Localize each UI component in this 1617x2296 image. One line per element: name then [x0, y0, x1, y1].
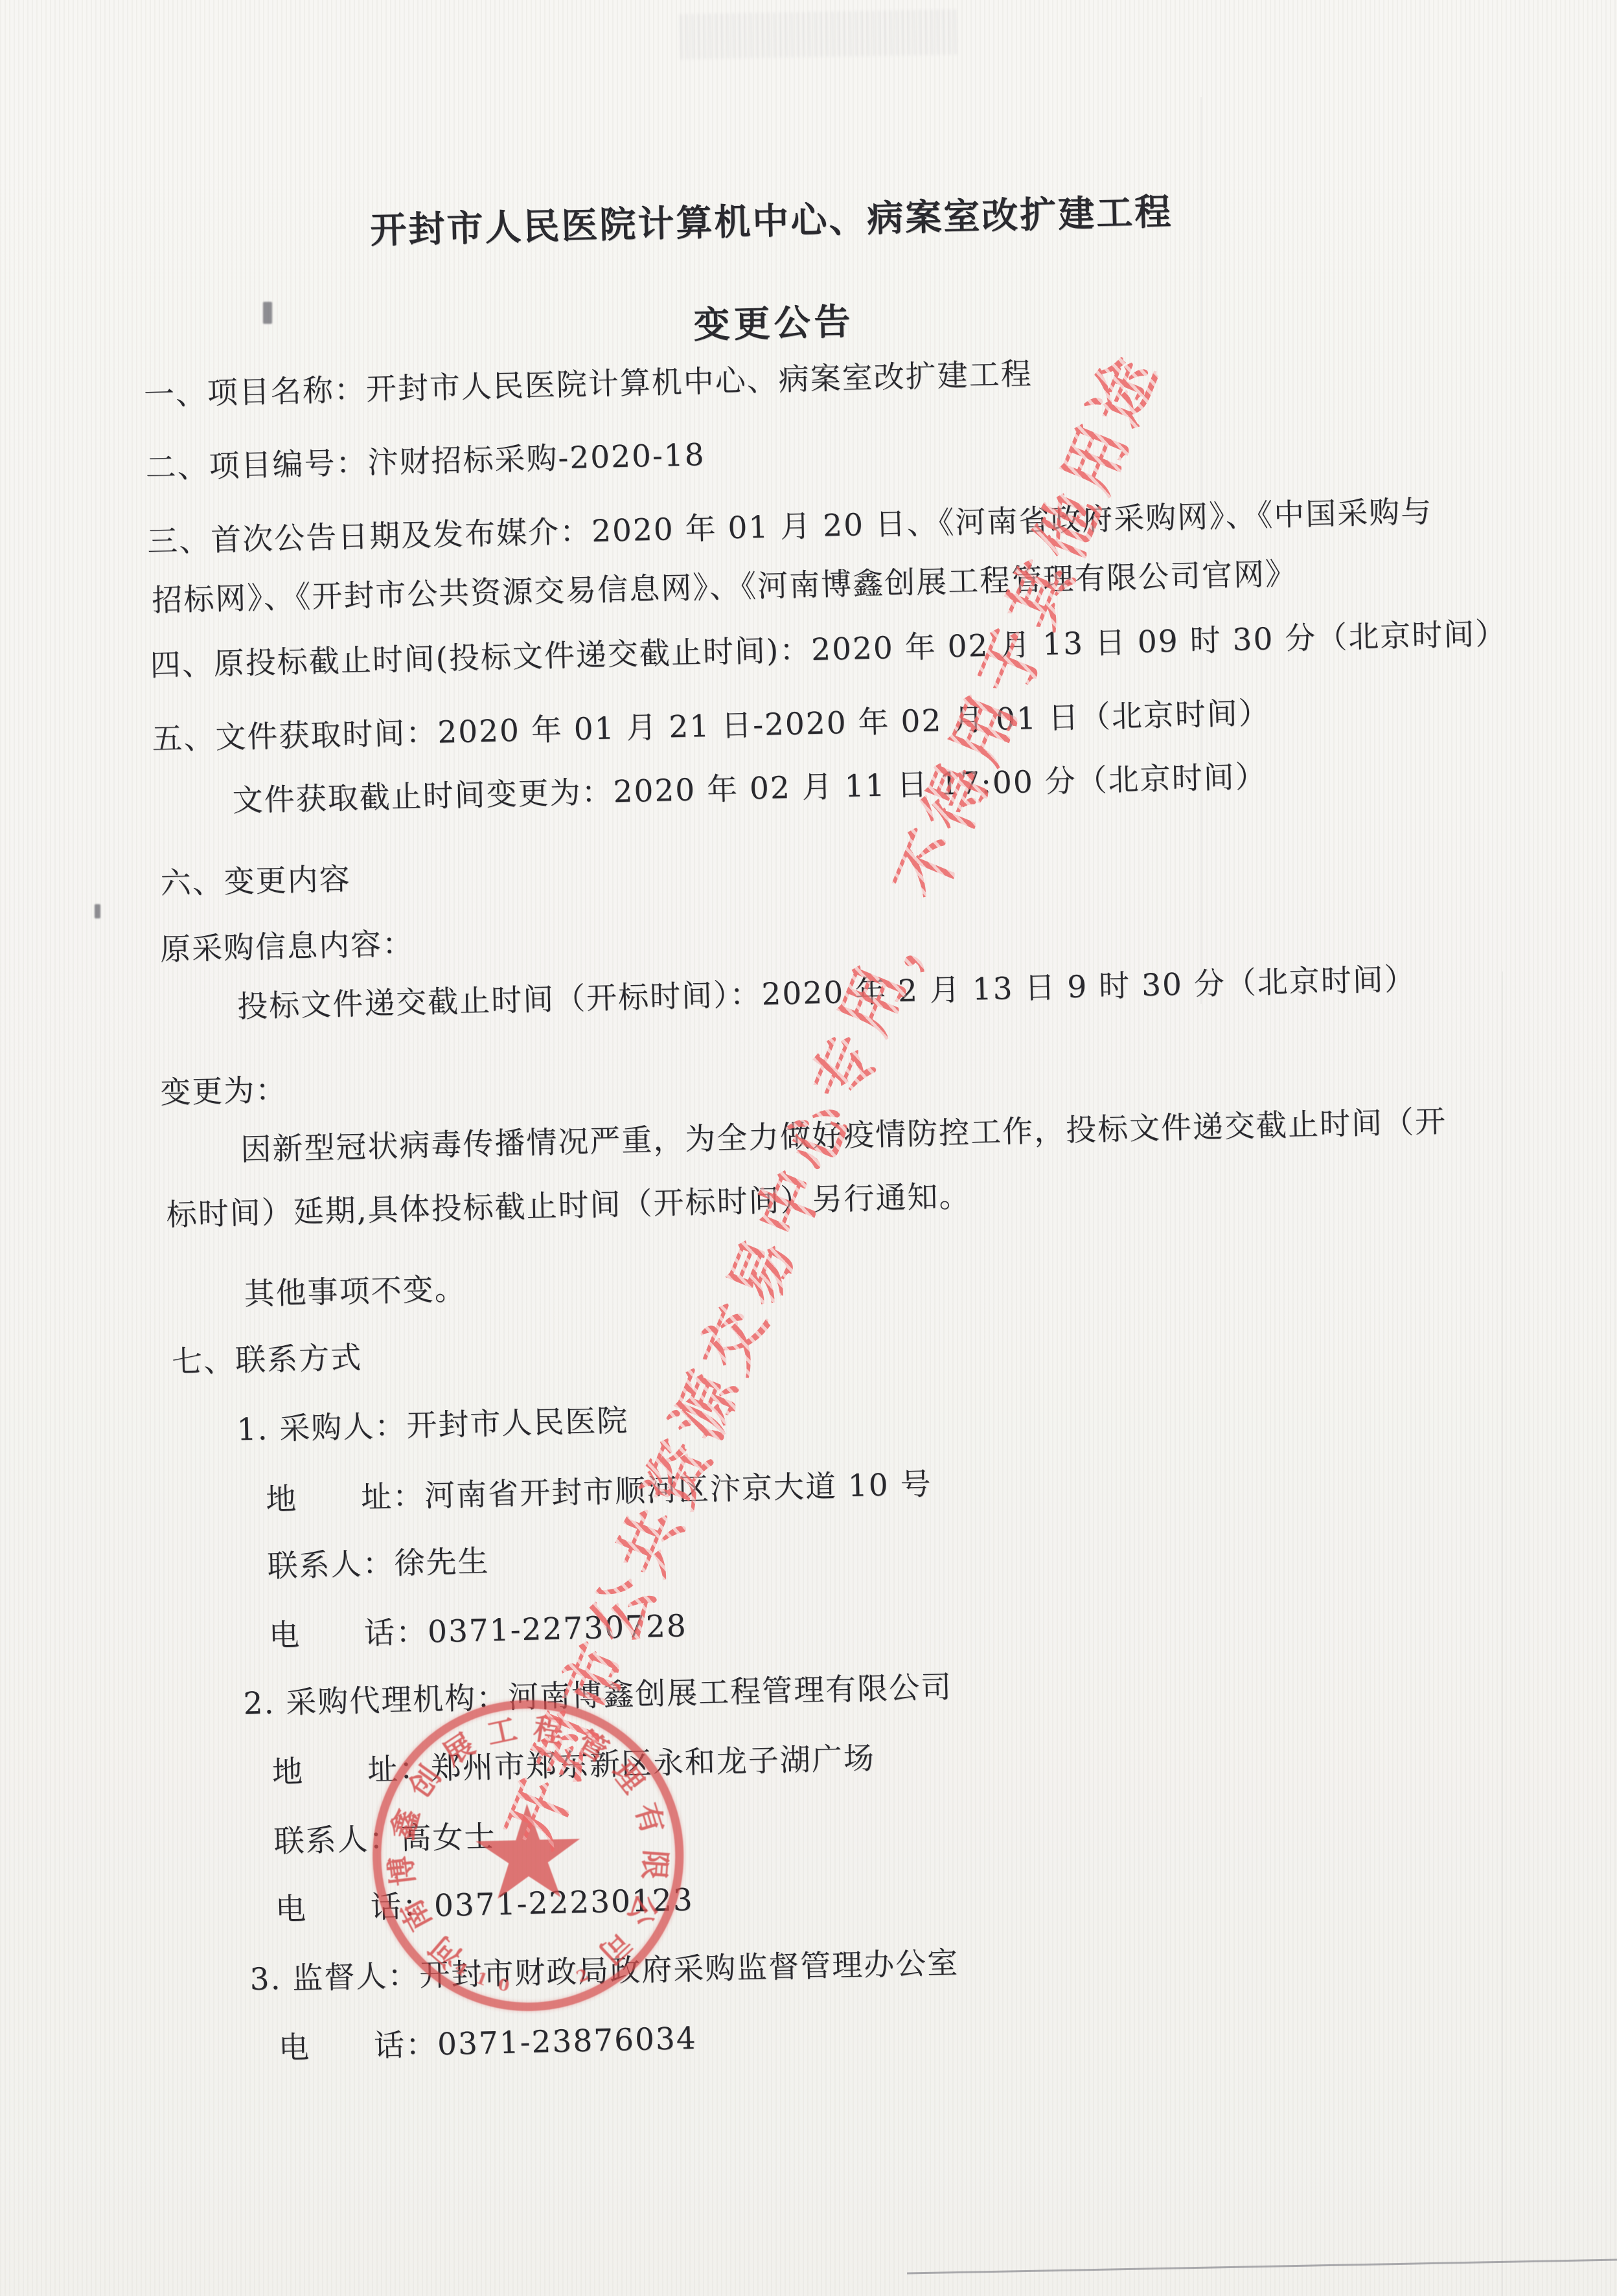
- seal-arc-char: 博: [385, 1854, 419, 1888]
- doc-title: 开封市人民医院计算机中心、病案室改扩建工程: [0, 174, 1565, 264]
- doc-line-others-unchanged: 其他事项不变。: [244, 1270, 466, 1314]
- doc-line-contact-header: 七、联系方式: [171, 1339, 362, 1382]
- doc-line-project-number: 二、项目编号：汴财招标采购-2020-18: [145, 436, 705, 488]
- doc-line-doc-obtain-time: 五、文件获取时间：2020 年 01 月 21 日-2020 年 02 月 01…: [152, 694, 1271, 760]
- seal-arc-char: 限: [638, 1848, 671, 1881]
- doc-line-project-name: 一、项目名称：开封市人民医院计算机中心、病案室改扩建工程: [143, 355, 1033, 415]
- scan-skew-wrapper: 开封市人民医院计算机中心、病案室改扩建工程 变更公告 一、项目名称：开封市人民医…: [0, 0, 1617, 2296]
- ink-speck: [95, 904, 100, 918]
- seal-arc-char: 程: [531, 1712, 566, 1748]
- doc-line-original-info: 原采购信息内容：: [159, 925, 414, 970]
- scan-smudge: [680, 9, 959, 59]
- doc-line-reason-2: 标时间）延期,具体投标截止时间（开标时间）另行通知。: [166, 1177, 971, 1235]
- doc-line-obtain-changed: 文件获取截止时间变更为：2020 年 02 月 11 日 17:00 分（北京时…: [232, 758, 1267, 821]
- doc-line-reason: 因新型冠状病毒传播情况严重，为全力做好疫情防控工作，投标文件递交截止时间（开: [240, 1102, 1447, 1170]
- doc-line-original-deadline: 四、原投标截止时间(投标文件递交截止时间)：2020 年 02 月 13 日 0…: [150, 615, 1508, 685]
- doc-line-change-content: 六、变更内容: [160, 860, 351, 904]
- doc-line-changed-to: 变更为：: [160, 1071, 288, 1113]
- doc-line-purchaser-phone: 电 话：0371-22730728: [268, 1607, 687, 1655]
- doc-line-first-announce-2: 招标网》、《开封市公共资源交易信息网》、《河南博鑫创展工程管理有限公司官网》: [152, 554, 1298, 620]
- page-crease-right: [1502, 972, 1503, 2296]
- doc-line-purchaser-contact: 联系人：徐先生: [267, 1542, 490, 1586]
- doc-subtitle: 变更公告: [0, 277, 1568, 366]
- doc-line-purchaser: 1. 采购人：开封市人民医院: [236, 1402, 629, 1449]
- doc-line-supervisor-phone: 电 话：0371-23876034: [278, 2019, 697, 2068]
- ink-speck: [263, 302, 272, 324]
- seal-serial-digit: 0: [494, 1975, 513, 1995]
- seal-arc-char: 工: [483, 1713, 520, 1750]
- scanned-document-page: 开封市人民医院计算机中心、病案室改扩建工程 变更公告 一、项目名称：开封市人民医…: [0, 0, 1617, 2296]
- doc-line-original-time: 投标文件递交截止时间（开标时间）：2020 年 2 月 13 日 9 时 30 …: [237, 960, 1417, 1027]
- page-crease-left: [1200, 97, 1202, 1004]
- doc-line-purchaser-addr: 地 址：河南省开封市顺河区汴京大道 10 号: [266, 1465, 933, 1519]
- doc-line-agency: 2. 采购代理机构：河南博鑫创展工程管理有限公司: [243, 1668, 953, 1723]
- doc-line-first-announce: 三、首次公告日期及发布媒介：2020 年 01 月 20 日、《河南省政府采购网…: [147, 493, 1433, 562]
